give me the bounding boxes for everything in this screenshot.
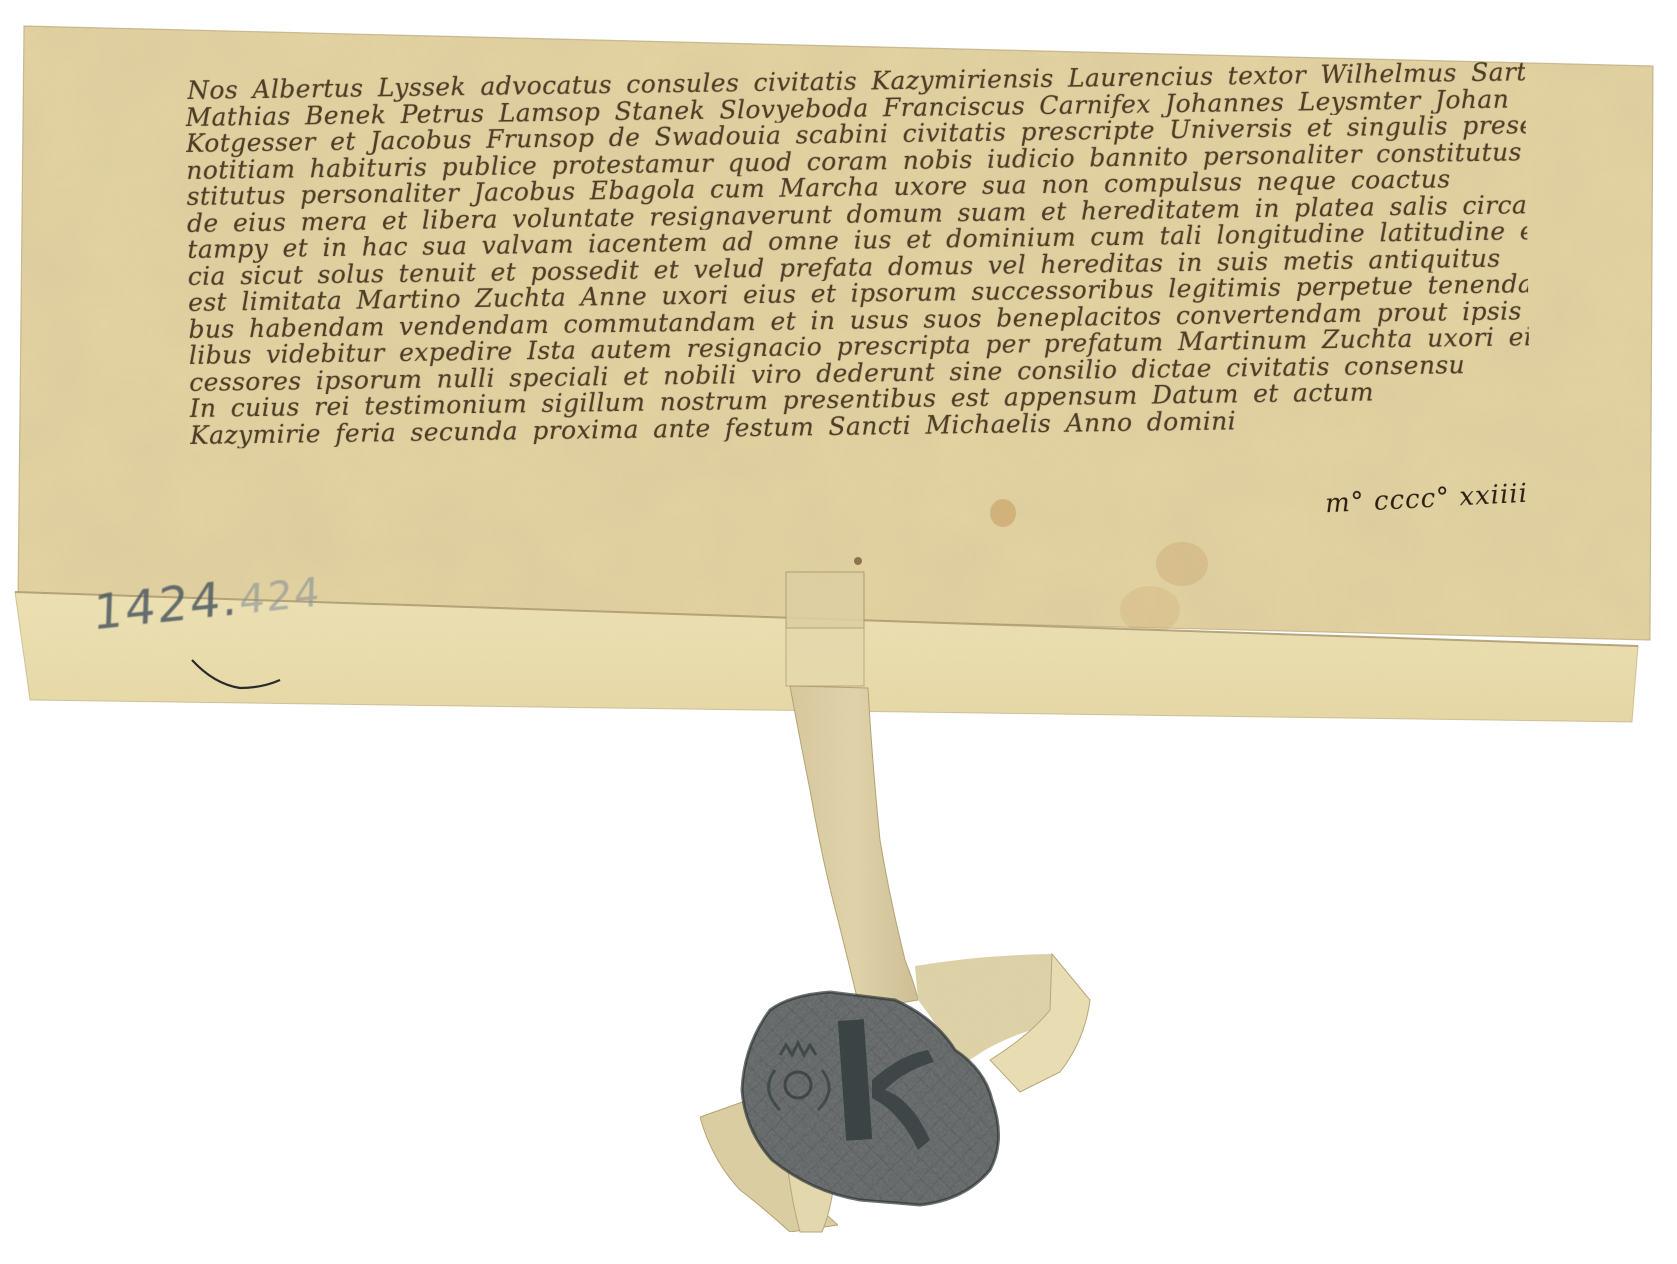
stain-mark — [1156, 542, 1208, 586]
seal-slit — [786, 572, 864, 628]
charter-body-text: Nos Albertus Lyssek advocatus consules c… — [185, 59, 1530, 449]
stain-mark — [1120, 586, 1180, 634]
archival-number-faint: 424 — [239, 569, 323, 624]
stain-mark — [990, 499, 1016, 527]
